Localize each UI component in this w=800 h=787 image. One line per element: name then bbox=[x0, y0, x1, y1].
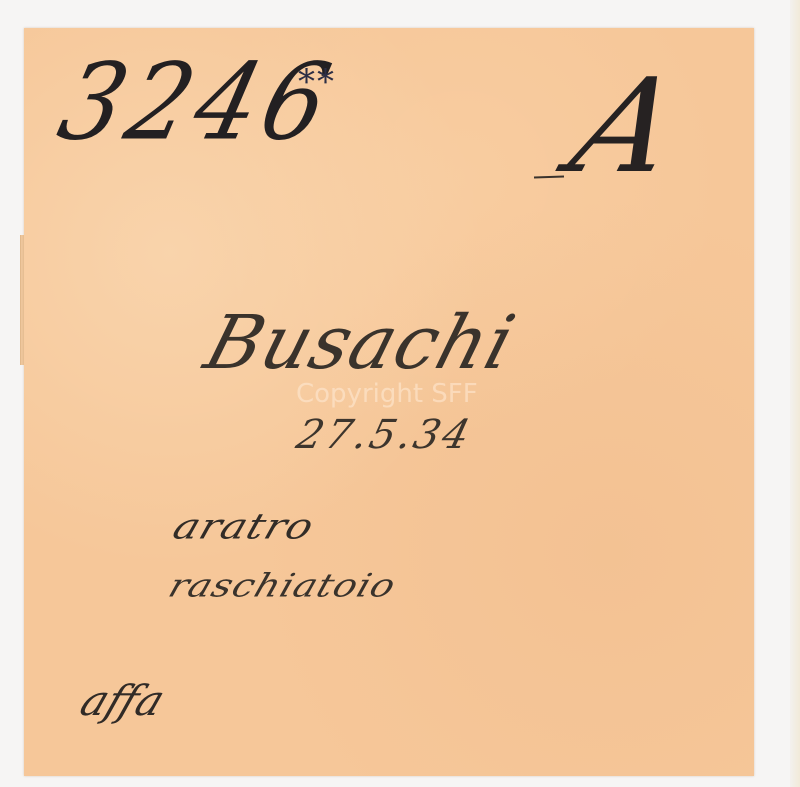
note-line-2: raschiatoio bbox=[164, 567, 401, 604]
date: 27.5.34 bbox=[292, 412, 477, 458]
place-name: Busachi bbox=[196, 300, 525, 386]
note-line-1: aratro bbox=[168, 505, 320, 547]
copyright-watermark: Copyright SFF bbox=[296, 379, 478, 409]
catalog-number: 3246 bbox=[48, 41, 347, 164]
star-marks-icon: ** bbox=[298, 62, 336, 102]
background-edge bbox=[790, 0, 800, 787]
